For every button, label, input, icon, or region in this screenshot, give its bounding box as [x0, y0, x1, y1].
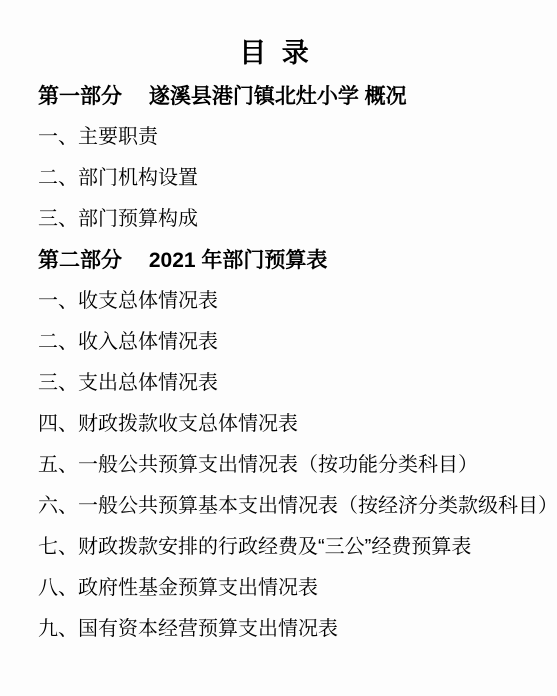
toc-item-part2-5: 五、一般公共预算支出情况表（按功能分类科目） [0, 445, 549, 486]
toc-item-part2-3: 三、支出总体情况表 [0, 363, 549, 404]
part-1-heading: 第一部分 遂溪县港门镇北灶小学 概况 [0, 76, 549, 117]
toc-item-part1-1: 一、主要职责 [0, 117, 549, 158]
toc-item-part1-2: 二、部门机构设置 [0, 158, 549, 199]
toc-item-part2-2: 二、收入总体情况表 [0, 322, 549, 363]
toc-item-part2-8: 八、政府性基金预算支出情况表 [0, 568, 549, 609]
toc-item-part2-1: 一、收支总体情况表 [0, 281, 549, 322]
toc-item-part2-6: 六、一般公共预算基本支出情况表（按经济分类款级科目） [0, 486, 549, 527]
page-title: 目 录 [0, 30, 549, 76]
part-2-heading: 第二部分 2021 年部门预算表 [0, 240, 549, 281]
toc-item-part2-7: 七、财政拨款安排的行政经费及“三公”经费预算表 [0, 527, 549, 568]
toc-page: 目 录 第一部分 遂溪县港门镇北灶小学 概况 一、主要职责 二、部门机构设置 三… [0, 0, 557, 696]
toc-item-part2-4: 四、财政拨款收支总体情况表 [0, 404, 549, 445]
toc-item-part1-3: 三、部门预算构成 [0, 199, 549, 240]
toc-item-part2-9: 九、国有资本经营预算支出情况表 [0, 609, 549, 650]
